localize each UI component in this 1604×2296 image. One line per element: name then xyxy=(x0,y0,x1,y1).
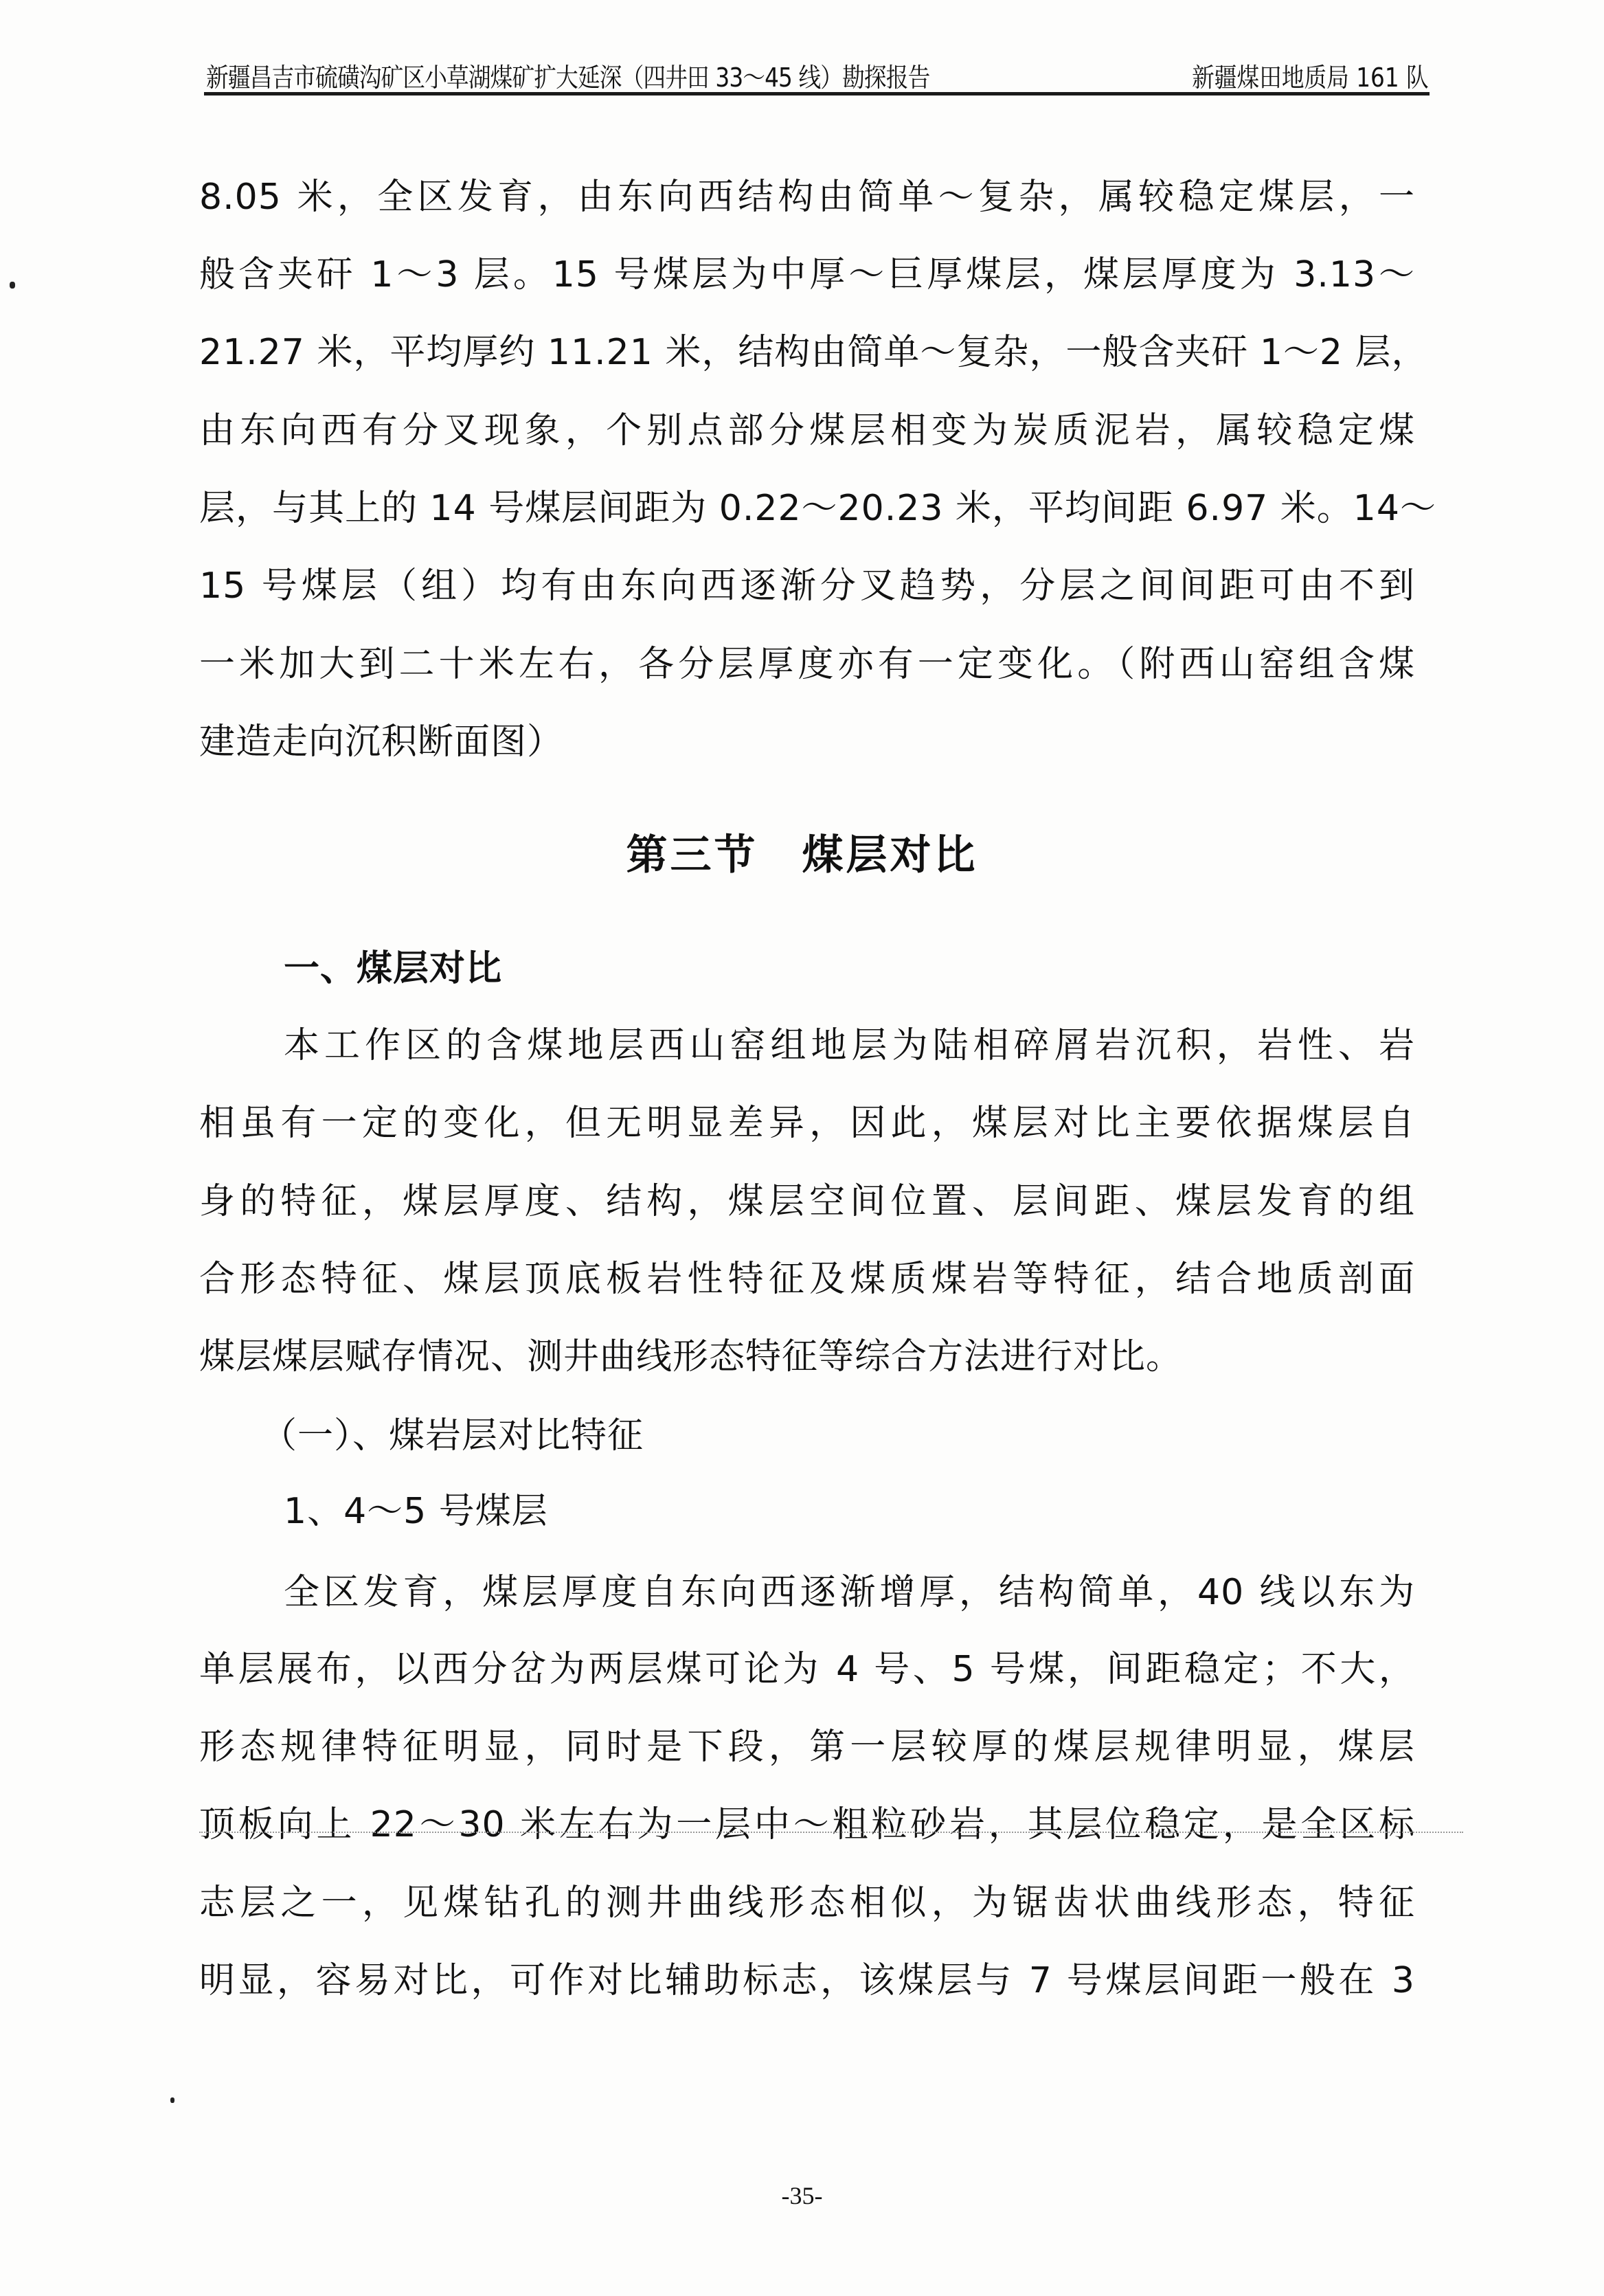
scan-speck xyxy=(170,2097,174,2103)
header-divider xyxy=(204,92,1430,95)
text-line: 相虽有一定的变化，但无明显差异，因此，煤层对比主要依据煤层自 xyxy=(199,1096,1415,1151)
text-line: 顶板向上 22～30 米左右为一层中～粗粒砂岩，其层位稳定，是全区标 xyxy=(199,1797,1415,1852)
text-line: 由东向西有分叉现象，个别点部分煤层相变为炭质泥岩，属较稳定煤 xyxy=(199,403,1415,458)
text-line: 单层展布，以西分岔为两层煤可论为 4 号、5 号煤，间距稳定；不大， xyxy=(199,1642,1415,1697)
section-title: 第三节 煤层对比 xyxy=(0,828,1604,883)
page-number: -35- xyxy=(0,2181,1604,2210)
text-line: 建造走向沉积断面图） xyxy=(199,714,1415,769)
text-line: 身的特征，煤层厚度、结构，煤层空间位置、层间距、煤层发育的组 xyxy=(199,1174,1415,1229)
sub-subsection-title: （一）、煤岩层对比特征 xyxy=(261,1408,1392,1463)
text-line: 形态规律特征明显，同时是下段，第一层较厚的煤层规律明显，煤层 xyxy=(199,1720,1415,1775)
text-line: 般含夹矸 1～3 层。15 号煤层为中厚～巨厚煤层，煤层厚度为 3.13～ xyxy=(199,247,1415,302)
text-line: 全区发育，煤层厚度自东向西逐渐增厚，结构简单，40 线以东为 xyxy=(284,1565,1415,1620)
item-title: 1、4～5 号煤层 xyxy=(284,1484,1415,1539)
text-line: 层，与其上的 14 号煤层间距为 0.22～20.23 米，平均间距 6.97 … xyxy=(199,481,1415,536)
text-line: 本工作区的含煤地层西山窑组地层为陆相碎屑岩沉积，岩性、岩 xyxy=(284,1018,1415,1073)
text-line: 合形态特征、煤层顶底板岩性特征及煤质煤岩等特征，结合地质剖面 xyxy=(199,1252,1415,1307)
text-line: 煤层煤层赋存情况、测井曲线形态特征等综合方法进行对比。 xyxy=(199,1329,1415,1384)
text-line: 15 号煤层（组）均有由东向西逐渐分叉趋势，分层之间间距可由不到 xyxy=(199,559,1415,614)
scan-artifact-dotted-line xyxy=(199,1832,1463,1833)
text-line: 一米加大到二十米左右，各分层厚度亦有一定变化。（附西山窑组含煤 xyxy=(199,637,1415,692)
text-line: 明显，容易对比，可作对比辅助标志，该煤层与 7 号煤层间距一般在 3 xyxy=(199,1953,1415,2008)
text-line: 21.27 米，平均厚约 11.21 米，结构由简单～复杂，一般含夹矸 1～2 … xyxy=(199,325,1415,380)
text-line: 志层之一，见煤钻孔的测井曲线形态相似，为锯齿状曲线形态，特征 xyxy=(199,1876,1415,1931)
text-line: 8.05 米，全区发育，由东向西结构由简单～复杂，属较稳定煤层，一 xyxy=(199,170,1415,225)
report-title-header: 新疆昌吉市硫磺沟矿区小草湖煤矿扩大延深（四井田 33～45 线）勘探报告 xyxy=(206,56,929,94)
scan-speck xyxy=(10,282,15,289)
subsection-title: 一、煤层对比 xyxy=(284,941,1415,996)
organization-header: 新疆煤田地质局 161 队 xyxy=(1192,56,1429,94)
